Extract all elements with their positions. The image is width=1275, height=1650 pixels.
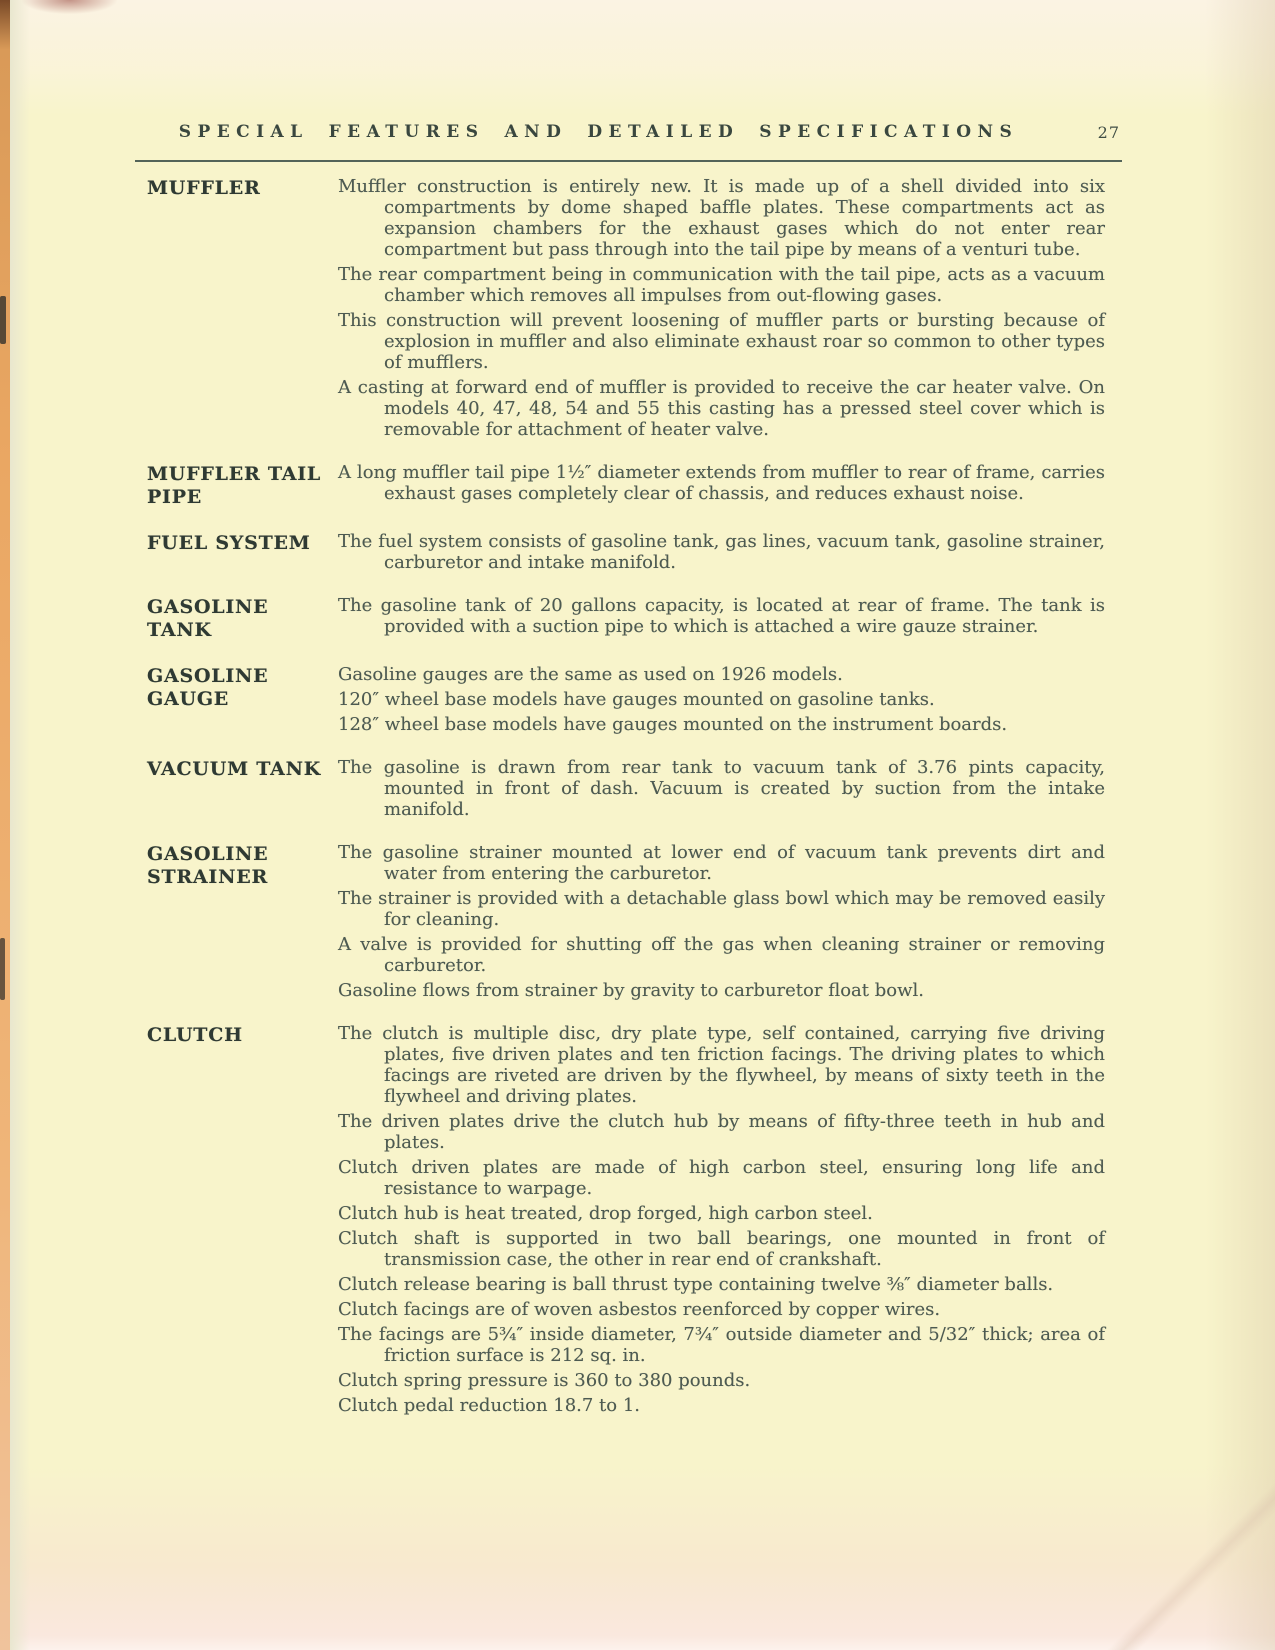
spec-paragraph: The clutch is multiple disc, dry plate t… (338, 1023, 1105, 1107)
spec-paragraph: The gasoline strainer mounted at lower e… (338, 842, 1105, 884)
spec-section: GASOLINE TANK The gasoline tank of 20 ga… (147, 595, 1122, 642)
spec-section: GASOLINE GAUGE Gasoline gauges are the s… (147, 664, 1122, 735)
spec-paragraph: The facings are 5¾″ inside diameter, 7¾″… (338, 1324, 1105, 1366)
scanned-manual-page: SPECIAL FEATURES AND DETAILED SPECIFICAT… (0, 0, 1275, 1650)
scan-right-edge-shade (1205, 0, 1275, 1650)
spec-paragraph: A long muffler tail pipe 1½″ diameter ex… (338, 462, 1105, 504)
book-spine-edge (0, 0, 10, 1650)
page-number: 27 (1098, 123, 1120, 142)
spec-paragraph: Gasoline flows from strainer by gravity … (338, 980, 1105, 1001)
spec-paragraph: The fuel system consists of gasoline tan… (338, 531, 1105, 573)
spec-paragraph: 120″ wheel base models have gauges mount… (338, 689, 1105, 710)
spec-paragraph: 128″ wheel base models have gauges mount… (338, 714, 1105, 735)
section-label: GASOLINE STRAINER (147, 842, 338, 1001)
spec-paragraph: A casting at forward end of muffler is p… (338, 377, 1105, 440)
section-label: GASOLINE TANK (147, 595, 338, 642)
spec-paragraph: Clutch release bearing is ball thrust ty… (338, 1274, 1105, 1295)
section-label: VACUUM TANK (147, 757, 338, 820)
spec-paragraph: Clutch hub is heat treated, drop forged,… (338, 1203, 1105, 1224)
spec-sections: MUFFLER Muffler construction is entirely… (147, 176, 1122, 1416)
section-label: MUFFLER (147, 176, 338, 440)
page-corner-fold (1045, 1480, 1275, 1650)
section-paragraphs: Muffler construction is entirely new. It… (338, 176, 1122, 440)
page-header-title: SPECIAL FEATURES AND DETAILED SPECIFICAT… (135, 122, 1122, 142)
spec-section: GASOLINE STRAINER The gasoline strainer … (147, 842, 1122, 1001)
spine-shadow-band (10, 0, 30, 1650)
section-paragraphs: The fuel system consists of gasoline tan… (338, 531, 1122, 573)
spec-paragraph: Clutch spring pressure is 360 to 380 pou… (338, 1370, 1105, 1391)
section-label: MUFFLER TAIL PIPE (147, 462, 338, 509)
spec-paragraph: Clutch pedal reduction 18.7 to 1. (338, 1395, 1105, 1416)
header-rule (135, 160, 1122, 162)
spec-paragraph: Clutch shaft is supported in two ball be… (338, 1228, 1105, 1270)
spec-paragraph: Muffler construction is entirely new. It… (338, 176, 1105, 260)
spec-paragraph: The driven plates drive the clutch hub b… (338, 1111, 1105, 1153)
spec-paragraph: A valve is provided for shutting off the… (338, 934, 1105, 976)
spec-paragraph: The gasoline is drawn from rear tank to … (338, 757, 1105, 820)
spec-section: MUFFLER TAIL PIPE A long muffler tail pi… (147, 462, 1122, 509)
spec-paragraph: The strainer is provided with a detachab… (338, 888, 1105, 930)
spec-paragraph: The gasoline tank of 20 gallons capacity… (338, 595, 1105, 637)
spec-paragraph: Gasoline gauges are the same as used on … (338, 664, 1105, 685)
running-header: SPECIAL FEATURES AND DETAILED SPECIFICAT… (135, 122, 1122, 152)
spec-paragraph: Clutch driven plates are made of high ca… (338, 1157, 1105, 1199)
page-content: SPECIAL FEATURES AND DETAILED SPECIFICAT… (135, 122, 1122, 1438)
scan-top-light-band (0, 0, 1275, 115)
scan-smudge-mark (22, 0, 117, 14)
section-label: FUEL SYSTEM (147, 531, 338, 573)
spec-paragraph: This construction will prevent loosening… (338, 310, 1105, 373)
section-paragraphs: The gasoline tank of 20 gallons capacity… (338, 595, 1122, 642)
section-paragraphs: The clutch is multiple disc, dry plate t… (338, 1023, 1122, 1416)
section-label: GASOLINE GAUGE (147, 664, 338, 735)
section-paragraphs: A long muffler tail pipe 1½″ diameter ex… (338, 462, 1122, 509)
spine-ink-mark (0, 296, 6, 344)
spec-section: CLUTCH The clutch is multiple disc, dry … (147, 1023, 1122, 1416)
spec-paragraph: The rear compartment being in communicat… (338, 264, 1105, 306)
spec-section: FUEL SYSTEM The fuel system consists of … (147, 531, 1122, 573)
spec-section: MUFFLER Muffler construction is entirely… (147, 176, 1122, 440)
spec-paragraph: Clutch facings are of woven asbestos ree… (338, 1299, 1105, 1320)
spec-section: VACUUM TANK The gasoline is drawn from r… (147, 757, 1122, 820)
spine-ink-mark (0, 938, 5, 1000)
section-label: CLUTCH (147, 1023, 338, 1416)
section-paragraphs: The gasoline strainer mounted at lower e… (338, 842, 1122, 1001)
section-paragraphs: The gasoline is drawn from rear tank to … (338, 757, 1122, 820)
section-paragraphs: Gasoline gauges are the same as used on … (338, 664, 1122, 735)
